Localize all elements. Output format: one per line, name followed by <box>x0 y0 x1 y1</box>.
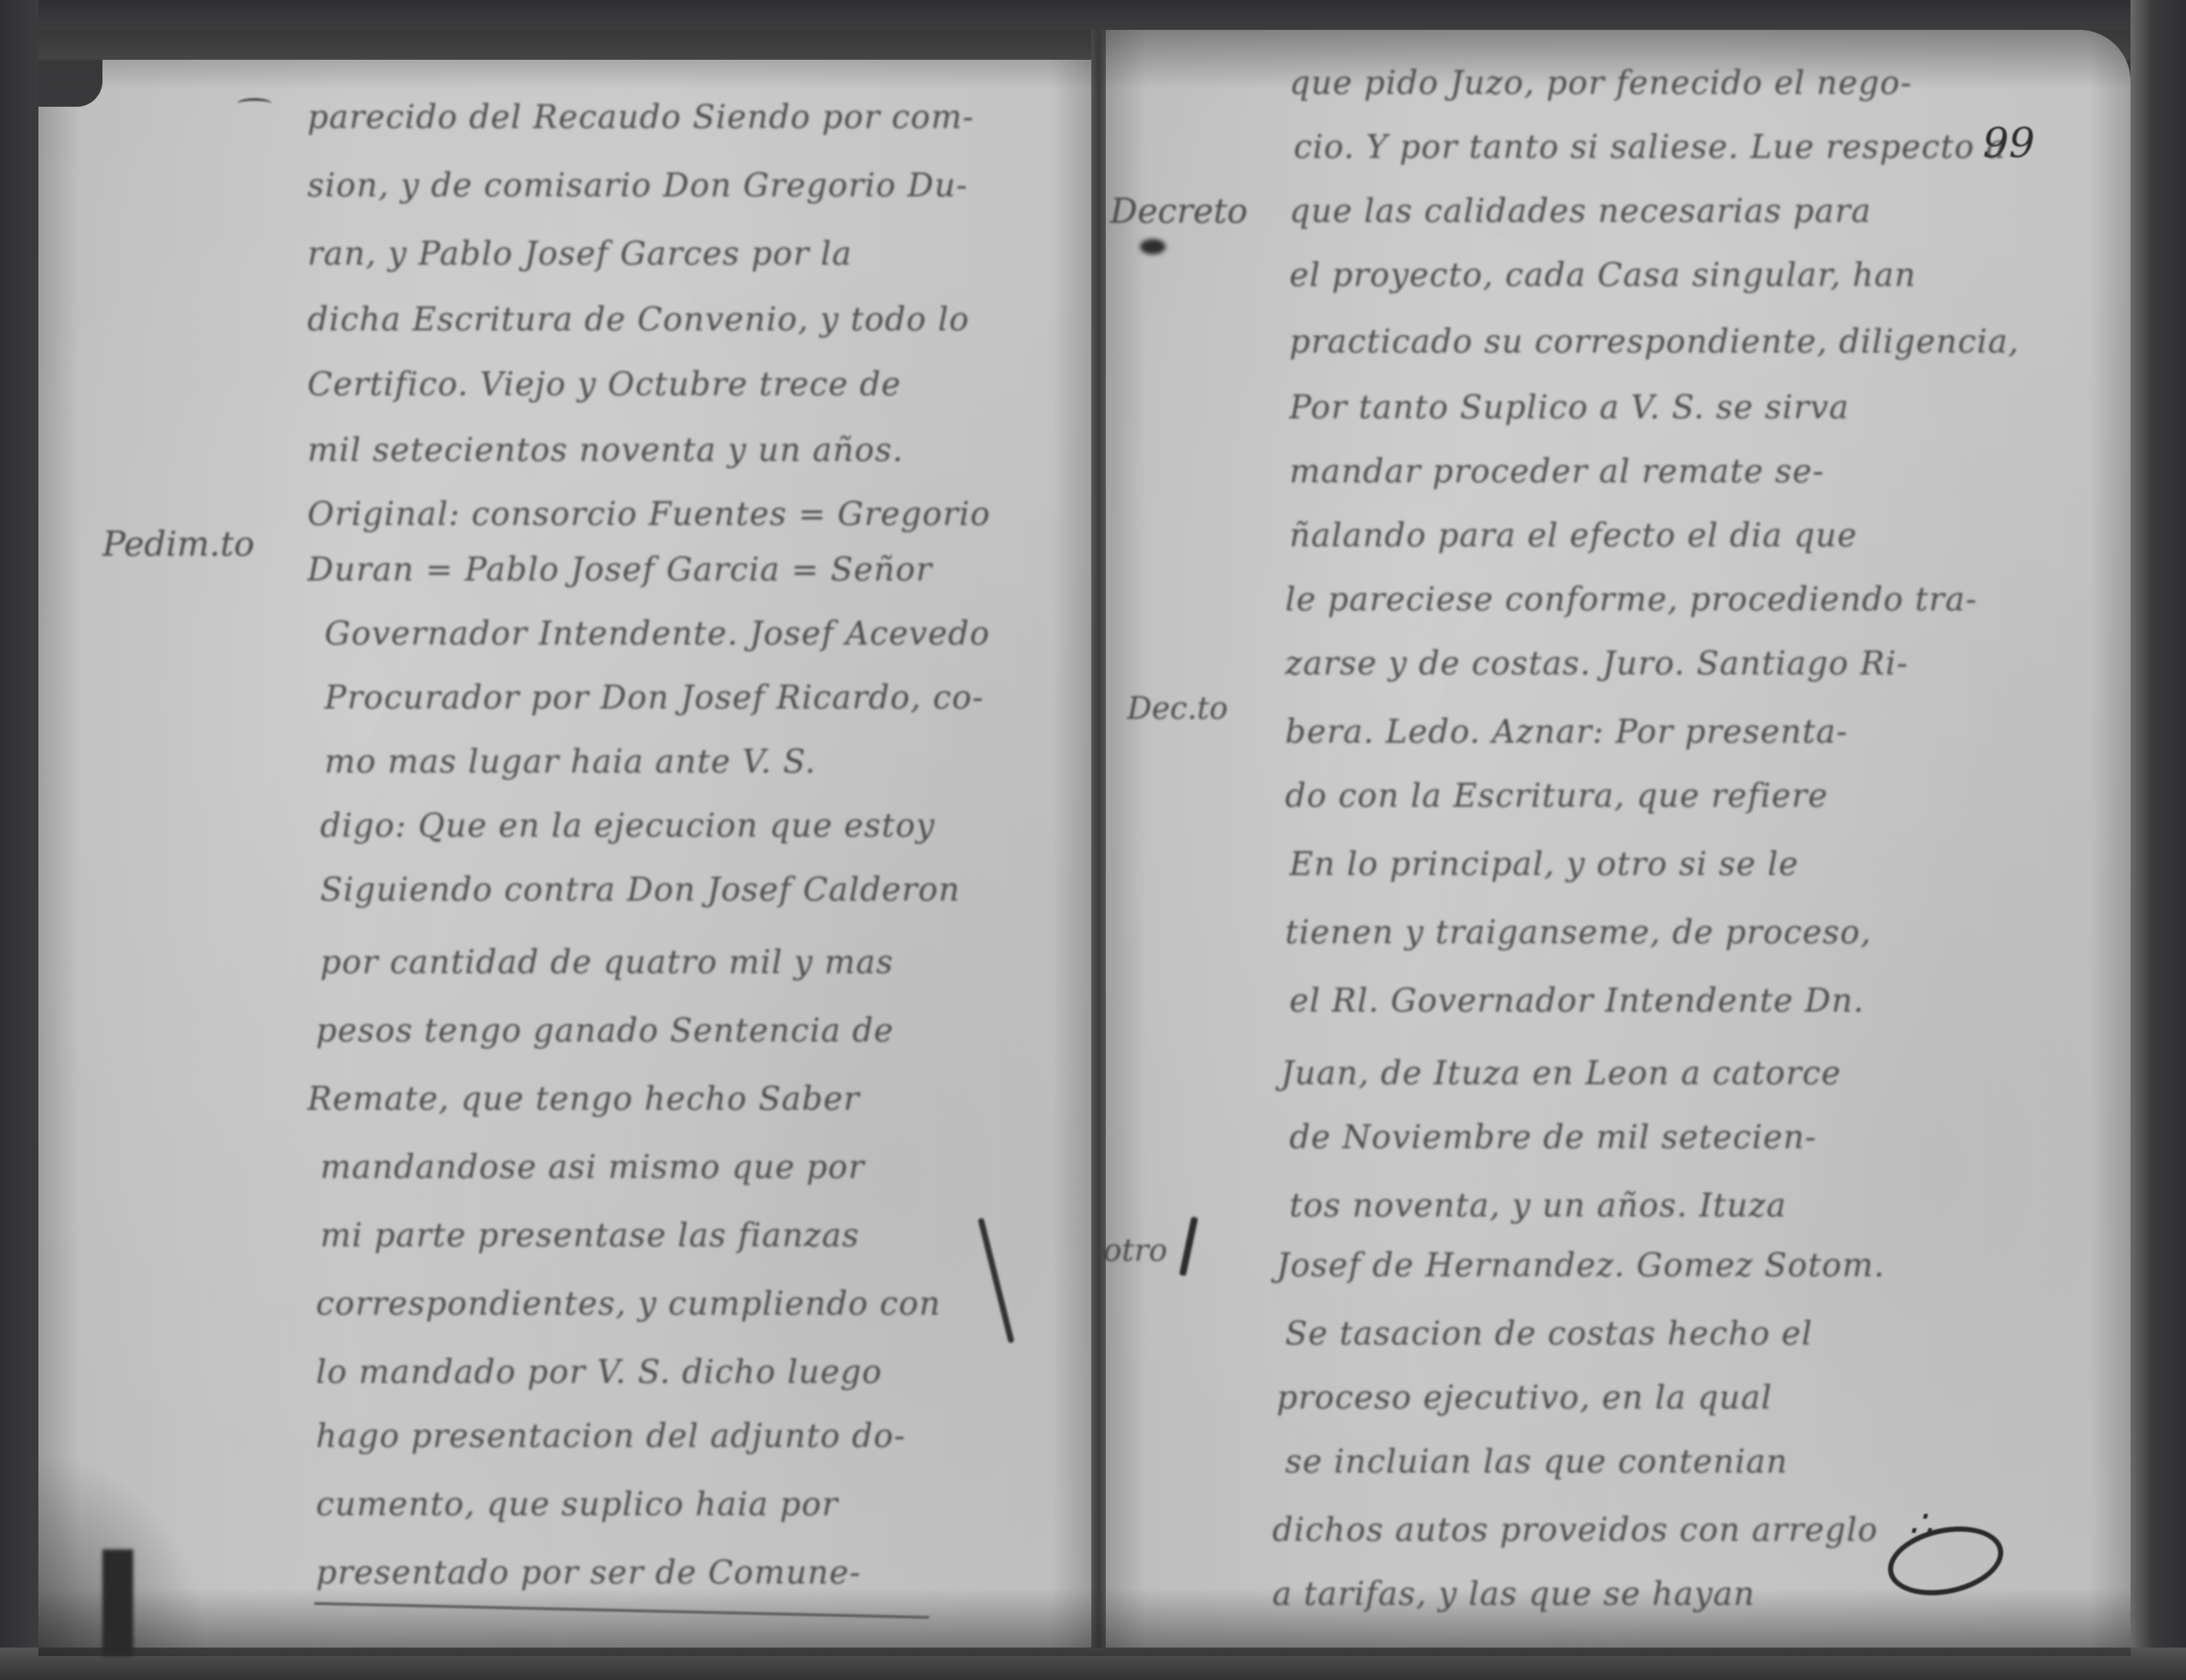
manuscript-line: practicado su correspondiente, diligenci… <box>1289 323 2019 360</box>
page-bottom-shadow <box>38 1588 2130 1656</box>
scan-frame-right <box>2130 0 2186 1680</box>
manuscript-line: parecido del Recaudo Siendo por com- <box>307 98 974 136</box>
margin-note-otro: otro <box>1103 1234 1167 1269</box>
manuscript-line: ran, y Pablo Josef Garces por la <box>307 235 852 272</box>
manuscript-line: Duran = Pablo Josef Garcia = Señor <box>307 551 932 588</box>
manuscript-line: el proyecto, cada Casa singular, han <box>1289 256 1916 294</box>
manuscript-line: que pido Juzo, por fenecido el nego- <box>1289 64 1912 102</box>
manuscript-line: do con la Escritura, que refiere <box>1285 777 1828 814</box>
manuscript-line: Procurador por Don Josef Ricardo, co- <box>324 679 984 716</box>
manuscript-line: lo mandado por V. S. dicho luego <box>316 1353 882 1391</box>
manuscript-line: mandar proceder al remate se- <box>1289 452 1824 490</box>
manuscript-line: se incluian las que contenian <box>1285 1443 1788 1480</box>
manuscript-line: tos noventa, y un años. Ituza <box>1289 1187 1786 1224</box>
manuscript-line: zarse y de costas. Juro. Santiago Ri- <box>1285 645 1908 682</box>
manuscript-line: el Rl. Governador Intendente Dn. <box>1289 982 1864 1019</box>
manuscript-line: mandandose asi mismo que por <box>320 1148 865 1186</box>
ink-squiggle-mark <box>237 98 272 109</box>
manuscript-line: que las calidades necesarias para <box>1289 192 1872 230</box>
manuscript-line: Remate, que tengo hecho Saber <box>307 1080 860 1117</box>
manuscript-line: bera. Ledo. Aznar: Por presenta- <box>1285 713 1848 750</box>
manuscript-line: mil setecientos noventa y un años. <box>307 431 903 469</box>
manuscript-line: Governador Intendente. Josef Acevedo <box>324 615 990 652</box>
manuscript-line: cumento, que suplico haia por <box>316 1485 839 1523</box>
manuscript-line: correspondientes, y cumpliendo con <box>316 1285 941 1322</box>
manuscript-line: Juan, de Ituza en Leon a catorce <box>1281 1054 1841 1092</box>
manuscript-line: Original: consorcio Fuentes = Gregorio <box>307 495 991 533</box>
manuscript-line: En lo principal, y otro si se le <box>1289 845 1799 883</box>
manuscript-line: por cantidad de quatro mil y mas <box>320 943 894 981</box>
manuscript-line: Certifico. Viejo y Octubre trece de <box>307 365 902 403</box>
manuscript-line: sion, y de comisario Don Gregorio Du- <box>307 166 968 204</box>
manuscript-line: Por tanto Suplico a V. S. se sirva <box>1289 388 1850 426</box>
margin-note-pedimento: Pedim.to <box>102 525 254 564</box>
manuscript-line: mo mas lugar haia ante V. S. <box>324 743 816 780</box>
margin-note-decreto: Decreto <box>1110 192 1248 231</box>
manuscript-line: presentado por ser de Comune- <box>316 1554 861 1591</box>
scan-frame-left <box>0 0 38 1680</box>
manuscript-line: Josef de Hernandez. Gomez Sotom. <box>1277 1246 1885 1284</box>
manuscript-line: le pareciese conforme, procediendo tra- <box>1285 580 1978 618</box>
ink-blot <box>1140 239 1166 254</box>
manuscript-line: pesos tengo ganado Sentencia de <box>316 1012 894 1049</box>
manuscript-line: de Noviembre de mil setecien- <box>1289 1118 1817 1156</box>
manuscript-line: proceso ejecutivo, en la qual <box>1277 1379 1773 1416</box>
margin-note-decreto-abbrev: Dec.to <box>1127 691 1228 726</box>
manuscript-line: dichos autos proveidos con arreglo <box>1272 1511 1878 1549</box>
manuscript-line: digo: Que en la ejecucion que estoy <box>320 807 935 844</box>
manuscript-line: ñalando para el efecto el dia que <box>1289 516 1857 554</box>
manuscript-line: Se tasacion de costas hecho el <box>1285 1315 1813 1352</box>
manuscript-line: mi parte presentase las fianzas <box>320 1216 860 1254</box>
book-gutter <box>1091 30 1106 1656</box>
manuscript-line: a tarifas, y las que se hayan <box>1272 1575 1755 1613</box>
manuscript-line: tienen y traiganseme, de proceso, <box>1285 913 1872 951</box>
binding-tab-mark <box>102 1549 133 1656</box>
manuscript-line: dicha Escritura de Convenio, y todo lo <box>307 300 969 338</box>
manuscript-line: Siguiendo contra Don Josef Calderon <box>320 871 961 908</box>
manuscript-line: cio. Y por tanto si saliese. Lue respect… <box>1294 128 2006 166</box>
manuscript-line: hago presentacion del adjunto do- <box>316 1417 906 1455</box>
signature-rubric-mark: ∴ <box>1908 1502 1932 1546</box>
